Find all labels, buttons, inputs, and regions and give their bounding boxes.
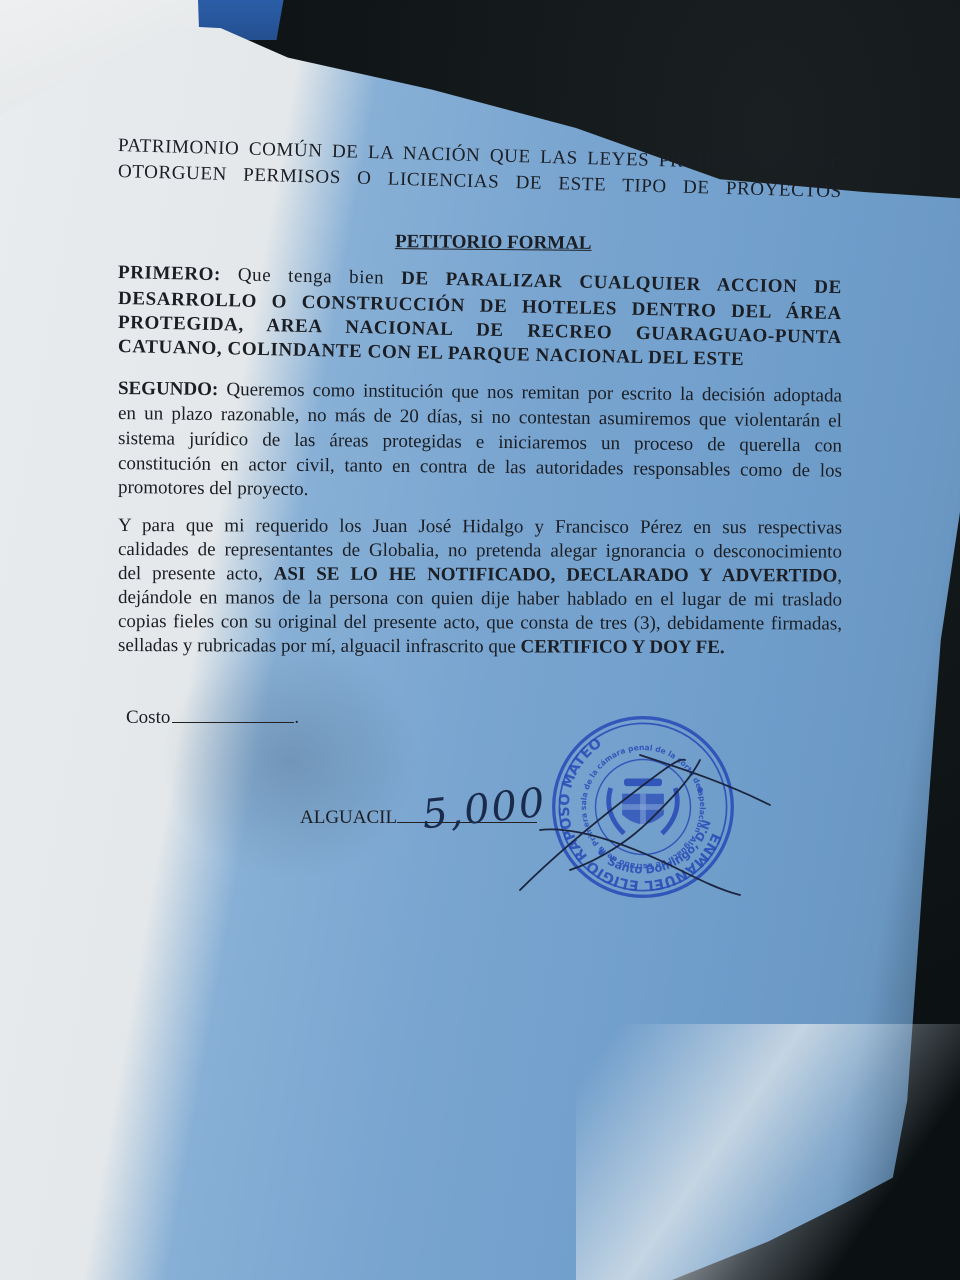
closing-notified: ASI SE LO HE NOTIFICADO, DECLARADO Y ADV…: [274, 564, 838, 587]
segundo-label: SEGUNDO:: [118, 378, 219, 400]
closing-line-3: del presente acto, ASI SE LO HE NOTIFICA…: [118, 562, 842, 589]
page-title: PETITORIO FORMAL: [395, 231, 592, 255]
closing-line-3-post: ,: [837, 566, 842, 587]
closing-line-6: selladas y rubricadas por mí, alguacil i…: [118, 634, 842, 661]
costo-label: Costo: [126, 707, 170, 728]
closing-line-6-pre: selladas y rubricadas por mí, alguacil i…: [118, 635, 521, 657]
document-text: PATRIMONIO COMÚN DE LA NACIÓN QUE LAS LE…: [0, 0, 960, 1280]
closing-line-1: Y para que mi requerido los Juan José Hi…: [118, 514, 842, 541]
closing-line-3-pre: del presente acto,: [118, 563, 274, 585]
alguacil-label: ALGUACIL: [300, 807, 397, 828]
closing-line-2: calidades de representantes de Globalia,…: [118, 538, 842, 565]
primero-label: PRIMERO:: [118, 262, 221, 285]
primero-lead: Que tenga bien: [221, 264, 402, 289]
handwritten-amount: 5,000: [420, 780, 549, 839]
official-seal-icon: ENMANUEL ELIGIO RAPOSO MATEO Alguacil de…: [548, 712, 738, 902]
segundo-text: Queremos como institución que nos remita…: [218, 379, 842, 407]
costo-trailing: .: [294, 707, 299, 728]
costo-blank: [172, 704, 294, 723]
costo-field: Costo.: [126, 704, 299, 729]
closing-certify: CERTIFICO Y DOY FE.: [521, 636, 725, 658]
closing-line-5: copias fieles con su original del presen…: [118, 610, 842, 637]
closing-line-4: dejándole en manos de la persona con qui…: [118, 586, 842, 613]
